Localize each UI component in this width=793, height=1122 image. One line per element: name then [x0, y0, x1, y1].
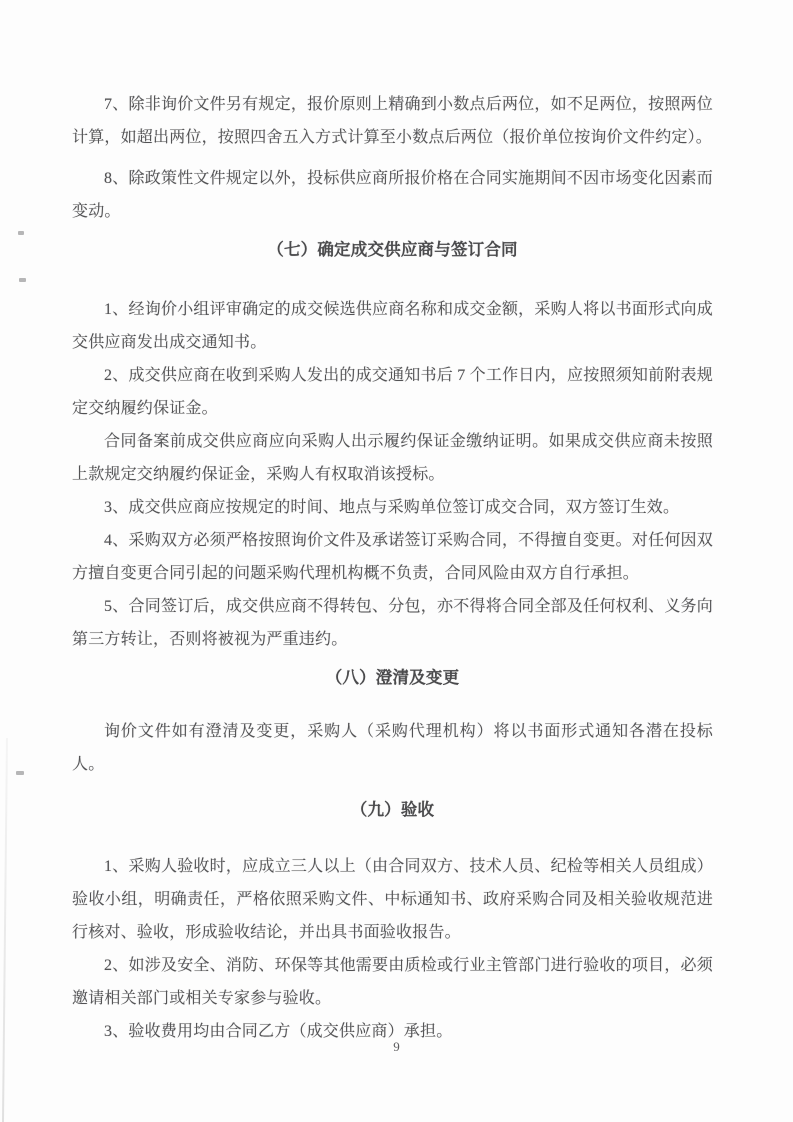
section-heading-8: （八）澄清及变更 — [72, 662, 713, 695]
document-page: 7、除非询价文件另有规定，报价原则上精确到小数点后两位，如不足两位，按照两位计算… — [0, 0, 793, 1122]
scan-edge-line — [2, 738, 8, 1122]
page-content: 7、除非询价文件另有规定，报价原则上精确到小数点后两位，如不足两位，按照两位计算… — [72, 88, 713, 1048]
paragraph-intro-8: 8、除政策性文件规定以外，投标供应商所报价格在合同实施期间不因市场变化因素而变动… — [72, 162, 713, 228]
paragraph-s7-2: 2、成交供应商在收到采购人发出的成交通知书后 7 个工作日内，应按照须知前附表规… — [72, 359, 713, 425]
scan-artifact-dot — [19, 278, 26, 282]
paragraph-s7-4: 4、采购双方必须严格按照询价文件及承诺签订采购合同，不得擅自变更。对任何因双方擅… — [72, 524, 713, 590]
scan-artifact-dot — [16, 771, 24, 775]
page-number: 9 — [393, 1039, 400, 1054]
paragraph-s7-3: 3、成交供应商应按规定的时间、地点与采购单位签订成交合同，双方签订生效。 — [72, 491, 713, 524]
paragraph-s7-5: 5、合同签订后，成交供应商不得转包、分包，亦不得将合同全部及任何权利、义务向第三… — [72, 590, 713, 656]
section-heading-9: （九）验收 — [72, 794, 713, 827]
paragraph-s8-1: 询价文件如有澄清及变更，采购人（采购代理机构）将以书面形式通知各潜在投标人。 — [72, 715, 713, 781]
section-heading-7: （七）确定成交供应商与签订合同 — [72, 234, 713, 267]
paragraph-s9-2: 2、如涉及安全、消防、环保等其他需要由质检或行业主管部门进行验收的项目，必须邀请… — [72, 949, 713, 1015]
paragraph-intro-7: 7、除非询价文件另有规定，报价原则上精确到小数点后两位，如不足两位，按照两位计算… — [72, 88, 713, 154]
paragraph-s7-1: 1、经询价小组评审确定的成交候选供应商名称和成交金额，采购人将以书面形式向成交供… — [72, 293, 713, 359]
paragraph-s9-1: 1、采购人验收时，应成立三人以上（由合同双方、技术人员、纪检等相关人员组成）验收… — [72, 850, 713, 949]
page-footer: 9 — [0, 1038, 793, 1056]
paragraph-s7-2b: 合同备案前成交供应商应向采购人出示履约保证金缴纳证明。如果成交供应商未按照上款规… — [72, 425, 713, 491]
scan-artifact-dot — [18, 231, 24, 235]
